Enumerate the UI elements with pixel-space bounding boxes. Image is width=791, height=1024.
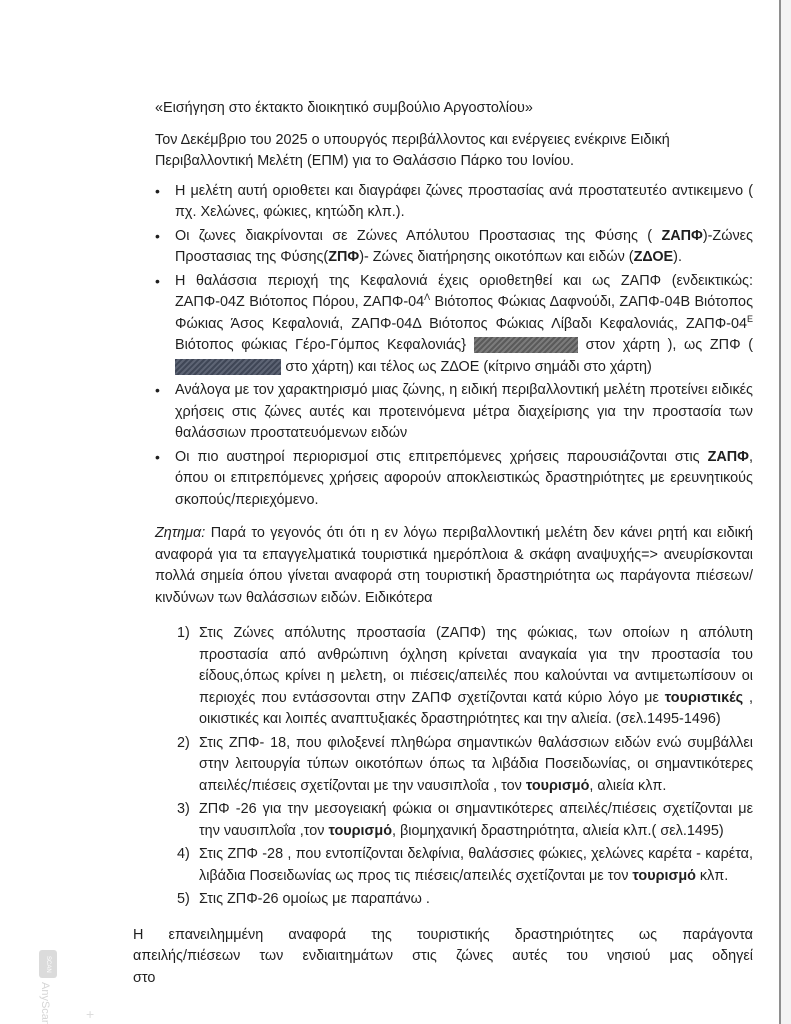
numbered-item: 4)Στις ΖΠΦ -28 , που εντοπίζονται δελφίν… — [177, 844, 753, 887]
closing-paragraph: Η επανειλημμένη αναφορά της τουριστικής … — [133, 925, 753, 990]
highlighted-text-green-marker: πράσινο σημάδι — [175, 359, 281, 375]
document-title: «Εισήγηση στο έκτακτο διοικητικό συμβούλ… — [155, 98, 753, 120]
scanner-watermark: SCAN AnyScan — [33, 950, 63, 1024]
issue-lead: Ζητημα: — [155, 525, 205, 541]
highlighted-text-red-marker: κόκκινο σημάδι — [474, 337, 578, 353]
bullet-item: Η θαλάσσια περιοχή της Κεφαλονιά έχεις ο… — [155, 271, 753, 379]
numbered-list: 1)Στις Ζώνες απόλυτης προστασία (ΖΑΠΦ) τ… — [155, 623, 753, 911]
issue-paragraph: Ζητημα: Παρά το γεγονός ότι ότι η εν λόγ… — [155, 523, 753, 609]
numbered-item: 1)Στις Ζώνες απόλυτης προστασία (ΖΑΠΦ) τ… — [177, 623, 753, 731]
bullet-item: Οι πιο αυστηροί περιορισμοί στις επιτρεπ… — [155, 447, 753, 512]
bullet-item: Οι ζωνες διακρίνονται σε Ζώνες Απόλυτου … — [155, 226, 753, 269]
bullet-list: Η μελέτη αυτή οριοθετει και διαγράφει ζώ… — [155, 181, 753, 512]
bullet-item: Ανάλογα με τον χαρακτηρισμό μιας ζώνης, … — [155, 380, 753, 445]
page-edge-shadow — [781, 0, 791, 1024]
numbered-item: 3)ΖΠΦ -26 για την μεσογειακή φώκια οι ση… — [177, 799, 753, 842]
intro-paragraph: Τον Δεκέμβριο του 2025 ο υπουργός περιβά… — [155, 130, 753, 173]
scanner-brand: AnyScan — [39, 982, 51, 1024]
scan-logo-icon: SCAN — [39, 950, 57, 978]
numbered-item: 2)Στις ΖΠΦ- 18, που φιλοξενεί πληθώρα ση… — [177, 733, 753, 798]
scanned-document: «Εισήγηση στο έκτακτο διοικητικό συμβούλ… — [155, 98, 753, 1003]
numbered-item: 5)Στις ΖΠΦ-26 ομοίως με παραπάνω . — [177, 889, 753, 911]
crosshair-mark-icon: + — [86, 1006, 94, 1022]
bullet-item: Η μελέτη αυτή οριοθετει και διαγράφει ζώ… — [155, 181, 753, 224]
